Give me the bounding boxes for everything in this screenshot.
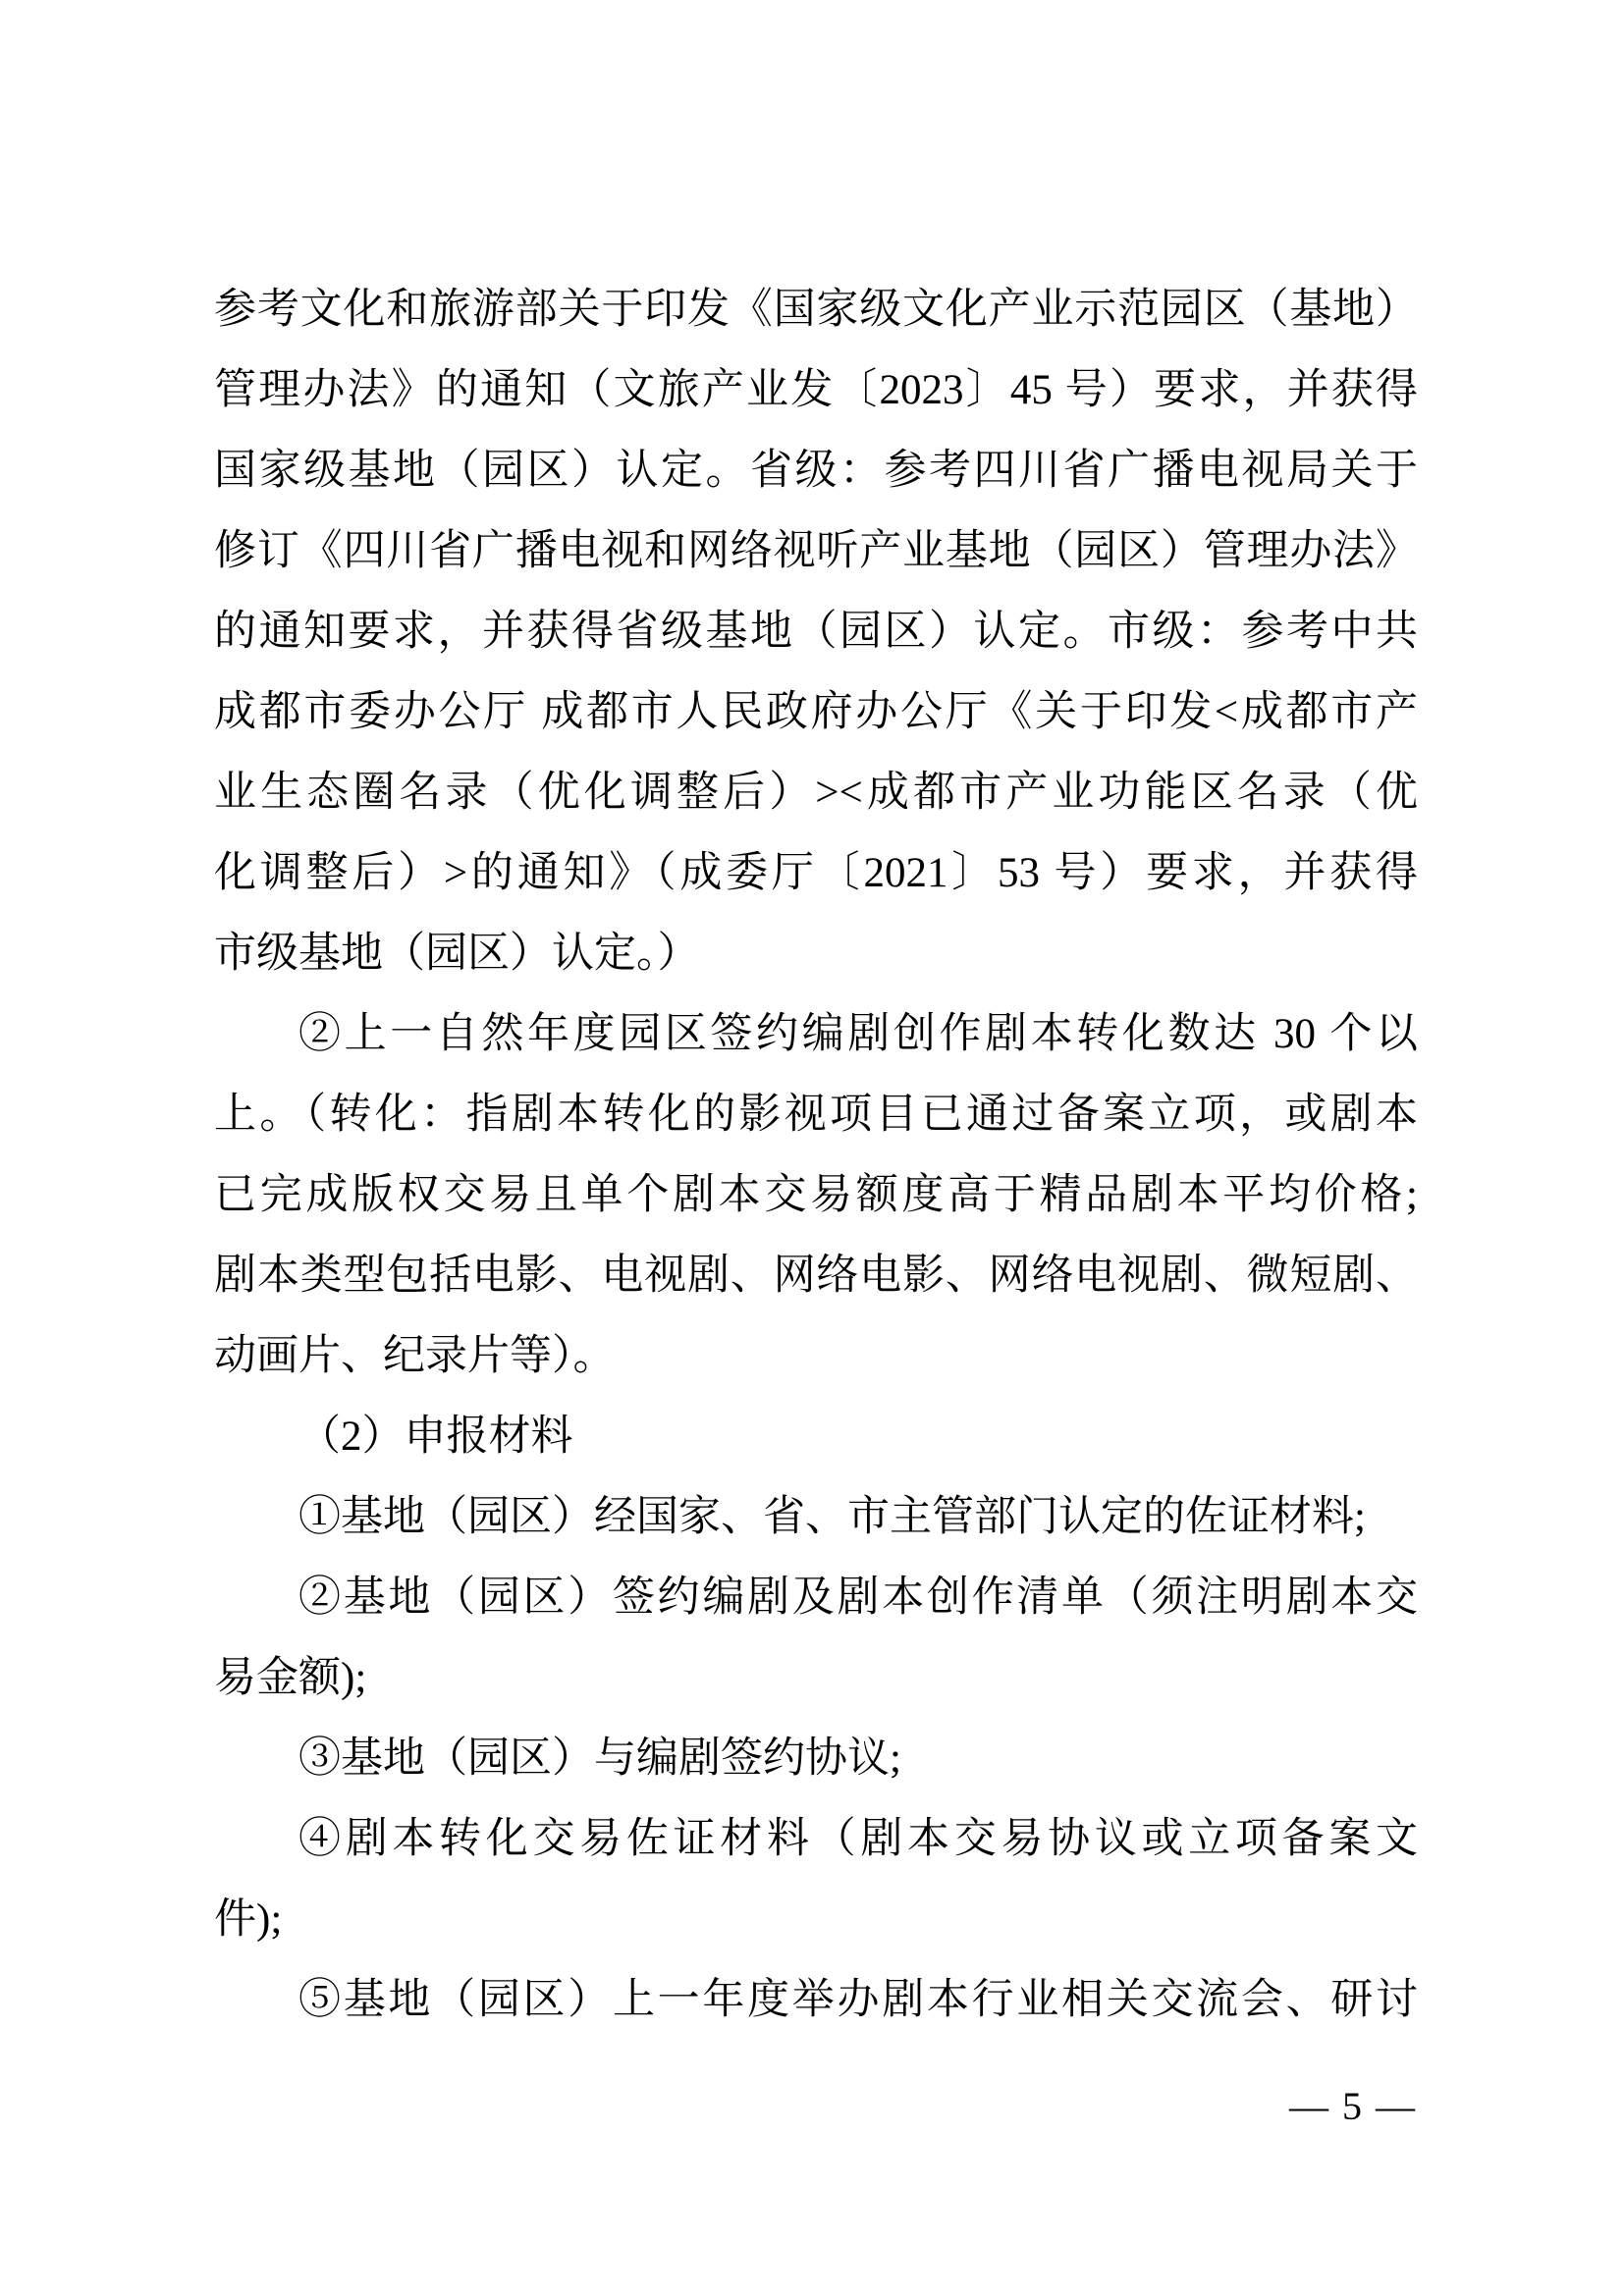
text-line: ①基地（园区）经国家、省、市主管部门认定的佐证材料; <box>214 1477 1418 1558</box>
text-line: ③基地（园区）与编剧签约协议; <box>214 1719 1418 1799</box>
text-line: 成都市委办公厅 成都市人民政府办公厅《关于印发<成都市产 <box>214 672 1418 753</box>
text-line: 参考文化和旅游部关于印发《国家级文化产业示范园区（基地） <box>214 270 1418 350</box>
page-number: — 5 — <box>1289 2085 1417 2128</box>
text-line: 修订《四川省广播电视和网络视听产业基地（园区）管理办法》 <box>214 511 1418 592</box>
document-page: 参考文化和旅游部关于印发《国家级文化产业示范园区（基地） 管理办法》的通知（文旅… <box>0 0 1624 2296</box>
text-line: 动画片、纪录片等）。 <box>214 1316 1418 1397</box>
text-line: ②基地（园区）签约编剧及剧本创作清单（须注明剧本交 <box>214 1558 1418 1638</box>
text-line: 业生态圈名录（优化调整后）><成都市产业功能区名录（优 <box>214 753 1418 833</box>
document-body: 参考文化和旅游部关于印发《国家级文化产业示范园区（基地） 管理办法》的通知（文旅… <box>214 270 1418 2041</box>
text-line: 剧本类型包括电影、电视剧、网络电影、网络电视剧、微短剧、 <box>214 1236 1418 1316</box>
text-line: 市级基地（园区）认定。） <box>214 914 1418 994</box>
text-line: 管理办法》的通知（文旅产业发〔2023〕45 号）要求，并获得 <box>214 350 1418 431</box>
text-line: ②上一自然年度园区签约编剧创作剧本转化数达 30 个以 <box>214 994 1418 1075</box>
text-line: ④剧本转化交易佐证材料（剧本交易协议或立项备案文 <box>214 1799 1418 1880</box>
text-line: 化调整后）>的通知》（成委厅〔2021〕53 号）要求，并获得 <box>214 833 1418 914</box>
text-line: 上。（转化：指剧本转化的影视项目已通过备案立项，或剧本 <box>214 1075 1418 1155</box>
text-line: 国家级基地（园区）认定。省级：参考四川省广播电视局关于 <box>214 431 1418 511</box>
text-line: 已完成版权交易且单个剧本交易额度高于精品剧本平均价格; <box>214 1155 1418 1236</box>
text-line: 易金额); <box>214 1638 1418 1719</box>
text-line: （2）申报材料 <box>214 1397 1418 1477</box>
text-line: 件); <box>214 1880 1418 1960</box>
text-line: ⑤基地（园区）上一年度举办剧本行业相关交流会、研讨 <box>214 1960 1418 2041</box>
text-line: 的通知要求，并获得省级基地（园区）认定。市级：参考中共 <box>214 592 1418 672</box>
